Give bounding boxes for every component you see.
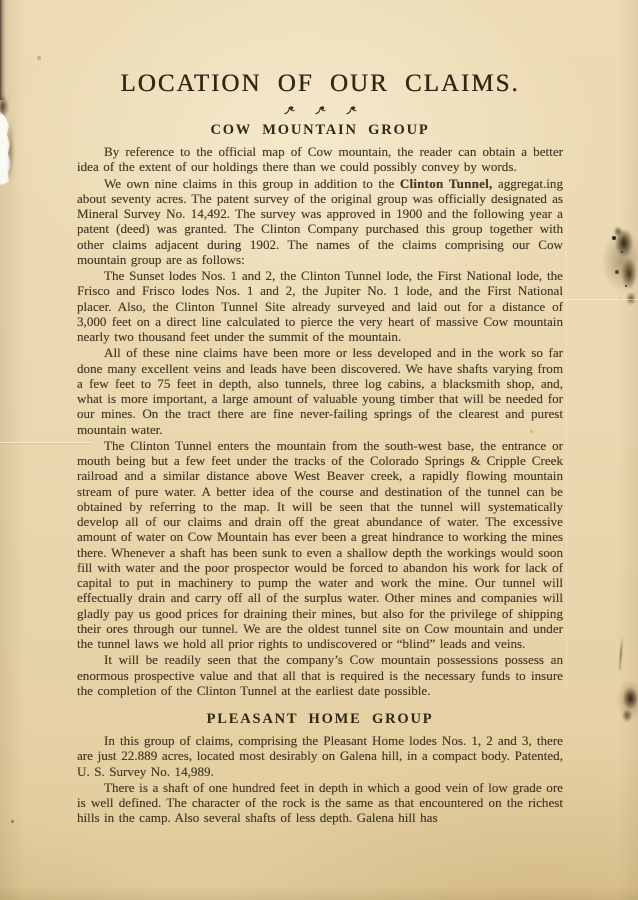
fleuron-icon	[315, 105, 326, 115]
paper-crease	[552, 299, 638, 300]
torn-edge-notch	[0, 112, 13, 186]
torn-edge-dark-sliver	[0, 0, 6, 100]
paragraph: In this group of claims, comprising the …	[77, 733, 563, 779]
paragraph: The Sunset lodes Nos. 1 and 2, the Clint…	[77, 268, 563, 344]
document-content: LOCATION OF OUR CLAIMS. COW MOUNTAIN GRO…	[77, 70, 563, 826]
group-heading: COW MOUNTAIN GROUP	[77, 122, 563, 138]
torn-edge-shadow	[6, 108, 16, 194]
page-title: LOCATION OF OUR CLAIMS.	[77, 70, 563, 97]
fleuron-icon	[284, 105, 295, 115]
stain-specks-upper	[612, 236, 616, 240]
fleuron-icon	[346, 105, 357, 115]
paragraph: We own nine claims in this group in addi…	[77, 176, 563, 268]
paper-speck	[37, 56, 41, 60]
bold-claim-name: Clinton Tunnel,	[400, 176, 493, 191]
stain-blotch-upper	[588, 218, 638, 314]
paragraph: All of these nine claims have been more …	[77, 345, 563, 437]
paragraph: By reference to the official map of Cow …	[77, 144, 563, 175]
paragraph: The Clinton Tunnel enters the mountain f…	[77, 438, 563, 652]
scanned-document-page: LOCATION OF OUR CLAIMS. COW MOUNTAIN GRO…	[0, 0, 638, 900]
paper-crease	[566, 210, 567, 690]
stain-streak-lower	[619, 636, 623, 670]
sections: COW MOUNTAIN GROUPBy reference to the of…	[77, 122, 563, 826]
torn-edge-smudge	[0, 88, 12, 122]
stain-blotch-lower	[604, 650, 638, 728]
group-heading: PLEASANT HOME GROUP	[77, 711, 563, 727]
ornament-row	[77, 101, 563, 115]
paper-speck	[11, 820, 14, 823]
claim-group-section: PLEASANT HOME GROUPIn this group of clai…	[77, 711, 563, 826]
paragraph: There is a shaft of one hundred feet in …	[77, 780, 563, 826]
claim-group-section: COW MOUNTAIN GROUPBy reference to the of…	[77, 122, 563, 698]
paragraph: It will be readily seen that the company…	[77, 652, 563, 698]
